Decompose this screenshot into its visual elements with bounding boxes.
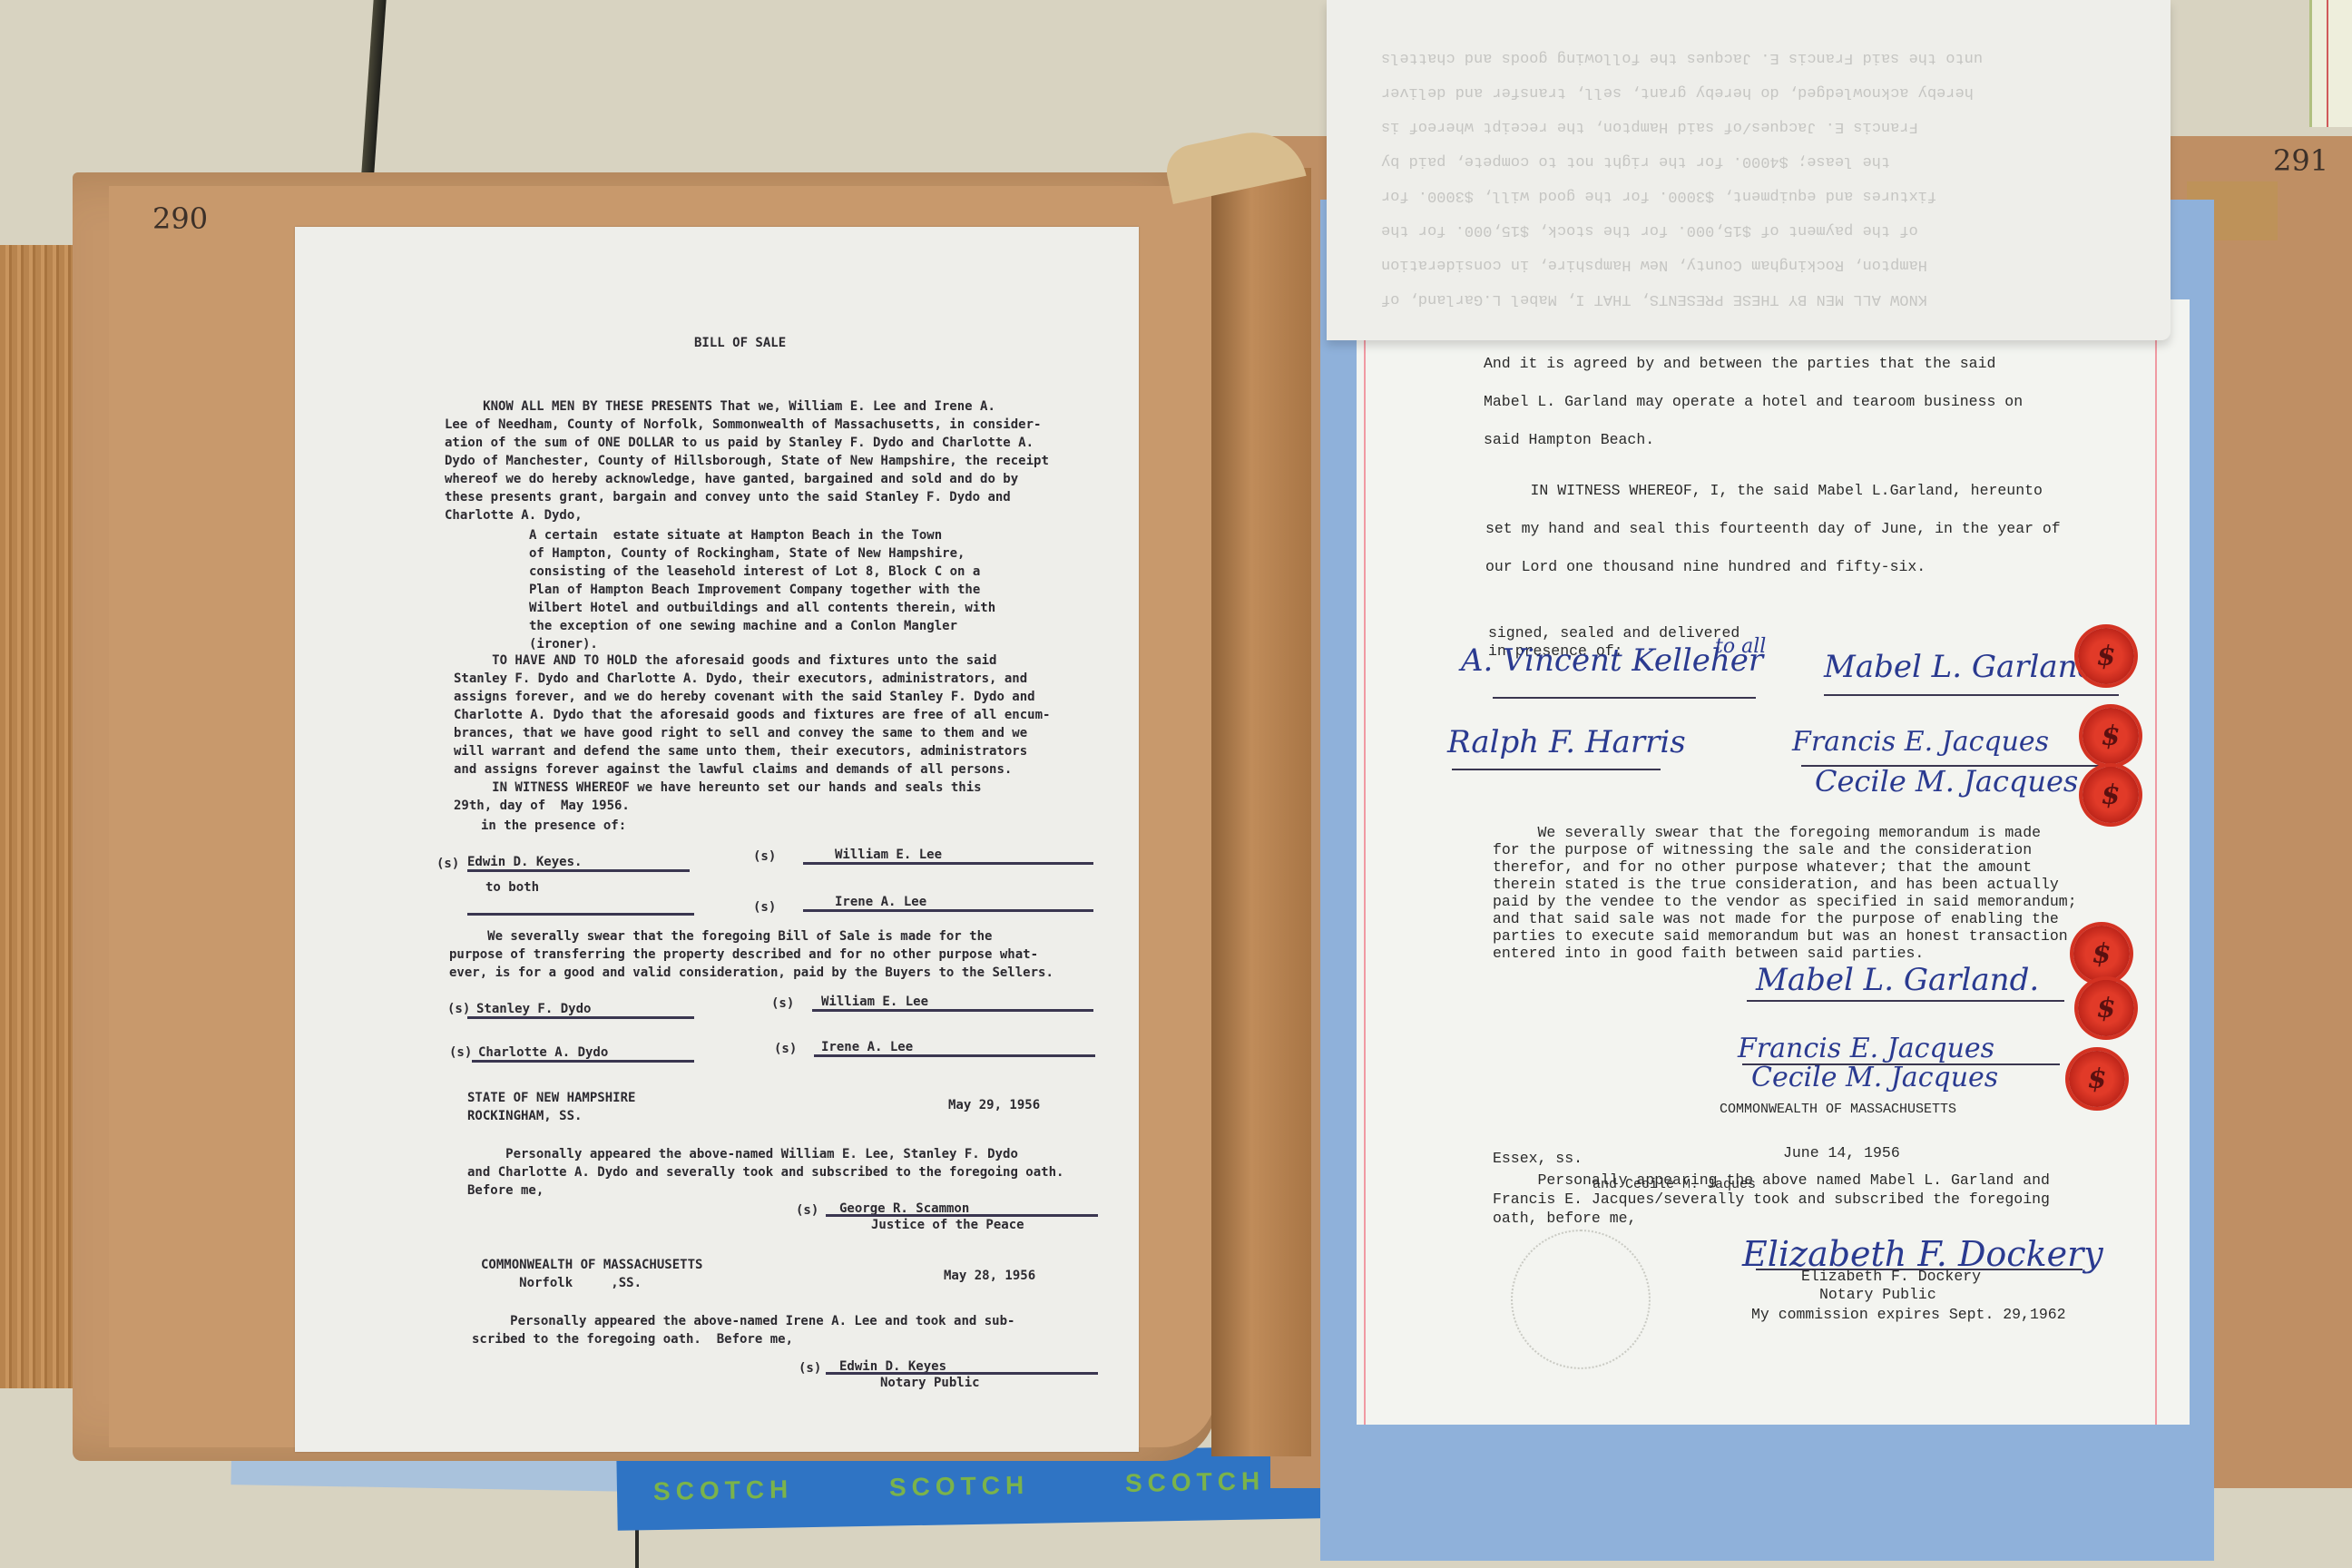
ack-date: June 14, 1956 xyxy=(1783,1143,1900,1163)
margin-line xyxy=(2155,299,2157,1425)
signature-line xyxy=(472,1060,694,1063)
paragraph-habendum: TO HAVE AND TO HOLD the aforesaid goods … xyxy=(454,652,1050,815)
s-mark: (s) xyxy=(796,1201,818,1220)
bleed-through-text: KNOW ALL MEN BY THESE PRESENTS, THAT I, … xyxy=(1381,18,2107,327)
bleed-through-line: unto the said Francis E. Jacques the fol… xyxy=(1381,49,1983,66)
bill-of-sale-document: BILL OF SALE KNOW ALL MEN BY THESE PRESE… xyxy=(295,227,1139,1452)
notary-title: Notary Public xyxy=(880,1374,980,1392)
ledger-gutter xyxy=(1211,168,1311,1456)
s-mark: (s) xyxy=(799,1359,821,1377)
signature-line xyxy=(467,869,690,872)
document-title: BILL OF SALE xyxy=(694,334,786,352)
witness-signature: Edwin D. Keyes. xyxy=(467,853,582,871)
wax-seal: $ xyxy=(2078,980,2134,1036)
justice-title: Justice of the Peace xyxy=(871,1216,1024,1234)
embossed-notary-seal xyxy=(1511,1230,1651,1369)
paragraph-conveyance: KNOW ALL MEN BY THESE PRESENTS That we, … xyxy=(445,397,1049,524)
signature-line xyxy=(814,1054,1095,1057)
venue-new-hampshire: STATE OF NEW HAMPSHIRE ROCKINGHAM, SS. xyxy=(467,1089,635,1125)
bleed-through-line: the lease; $4000. for the right not to c… xyxy=(1381,152,1890,170)
signature-line xyxy=(803,909,1093,912)
memorandum-document: And it is agreed by and between the part… xyxy=(1357,299,2190,1425)
wax-seal: $ xyxy=(2073,926,2130,982)
witness-signature: Ralph F. Harris xyxy=(1447,724,1686,760)
venue-massachusetts: COMMONWEALTH OF MASSACHUSETTS xyxy=(1720,1100,1956,1120)
wax-seal: $ xyxy=(2082,767,2139,823)
party-signature: Francis E. Jacques xyxy=(1792,726,2049,758)
right-page-number: 291 xyxy=(2273,143,2328,178)
nh-date: May 29, 1956 xyxy=(948,1096,1040,1114)
s-mark: (s) xyxy=(449,1044,472,1062)
paragraph-ma-acknowledgment: Personally appeared the above-named Iren… xyxy=(472,1312,1014,1348)
s-mark: (s) xyxy=(753,848,776,866)
signature-line xyxy=(1493,697,1756,699)
party-signature: Cecile M. Jacques xyxy=(1815,764,2078,799)
tape-brand: SCOTCH xyxy=(889,1471,1030,1503)
notary-title: Notary Public xyxy=(1819,1285,1936,1305)
witness-note: to all xyxy=(1715,635,1766,658)
paragraph-nh-acknowledgment: Personally appeared the above-named Will… xyxy=(467,1145,1063,1200)
buyer-signature: Stanley F. Dydo xyxy=(476,1000,591,1018)
seller-signature: Irene A. Lee xyxy=(835,893,926,911)
s-mark: (s) xyxy=(753,898,776,916)
table-seam xyxy=(361,0,386,172)
bleed-through-line: fixtures and equipment, $3000. for the g… xyxy=(1381,187,1936,204)
oath-signature: Francis E. Jacques xyxy=(1738,1033,1994,1064)
paragraph-agreement: And it is agreed by and between the part… xyxy=(1484,345,2023,459)
adjacent-ledger-sheet xyxy=(2309,0,2352,127)
paragraph-oath: We severally swear that the foregoing Bi… xyxy=(449,927,1053,982)
presence-label: in the presence of: xyxy=(481,817,626,835)
margin-line xyxy=(1364,299,1366,1425)
signature-line xyxy=(1452,769,1661,770)
signature-line xyxy=(467,913,694,916)
signature-line xyxy=(1747,1000,2064,1002)
signature-line xyxy=(467,1016,694,1019)
seller-signature: William E. Lee xyxy=(835,846,942,864)
paragraph-witness-whereof: IN WITNESS WHEREOF, I, the said Mabel L.… xyxy=(1485,472,2061,586)
tape-brand: SCOTCH xyxy=(1125,1466,1266,1498)
wax-seal: $ xyxy=(2082,708,2139,764)
party-signature: Mabel L. Garland. xyxy=(1824,649,2107,685)
s-mark: (s) xyxy=(447,1000,470,1018)
paragraph-oath: We severally swear that the foregoing me… xyxy=(1493,824,2077,962)
ma-date: May 28, 1956 xyxy=(944,1267,1035,1285)
commission-expiry: My commission expires Sept. 29,1962 xyxy=(1751,1305,2066,1325)
notary-name: Elizabeth F. Dockery xyxy=(1801,1267,1981,1287)
to-both-label: to both xyxy=(485,878,539,897)
bleed-through-line: KNOW ALL MEN BY THESE PRESENTS, THAT I, … xyxy=(1381,290,1927,308)
oath-signature: Mabel L. Garland. xyxy=(1756,962,2039,998)
seller-signature: Irene A. Lee xyxy=(821,1038,913,1056)
tape-brand: SCOTCH xyxy=(653,1475,794,1506)
paragraph-acknowledgment: Personally appearing the above named Mab… xyxy=(1493,1171,2050,1228)
wax-seal: $ xyxy=(2069,1051,2125,1107)
bleed-through-line: of the payment of $15,000. for the stock… xyxy=(1381,221,1918,239)
signature-line xyxy=(812,1009,1093,1012)
signature-line xyxy=(803,862,1093,865)
wax-seal: $ xyxy=(2078,628,2134,684)
bleed-through-line: Hampton, Rockingham County, New Hampshir… xyxy=(1381,256,1927,273)
seller-signature: William E. Lee xyxy=(821,993,928,1011)
signature-line xyxy=(1824,694,2119,696)
s-mark: (s) xyxy=(774,1040,797,1058)
bleed-through-line: Francis E. Jacques/of said Hampton, the … xyxy=(1381,118,1918,135)
s-mark: (s) xyxy=(771,995,794,1013)
folded-over-sheet[interactable]: KNOW ALL MEN BY THESE PRESENTS, THAT I, … xyxy=(1327,0,2171,340)
county-label: Essex, ss. xyxy=(1493,1149,1583,1169)
bleed-through-line: hereby acknowledged, do hereby grant, se… xyxy=(1381,83,1974,101)
buyer-signature: Charlotte A. Dydo xyxy=(478,1044,608,1062)
left-page-number: 290 xyxy=(152,201,208,236)
oath-signature: Cecile M. Jacques xyxy=(1751,1062,1998,1093)
paragraph-property: A certain estate situate at Hampton Beac… xyxy=(529,526,995,653)
venue-massachusetts: COMMONWEALTH OF MASSACHUSETTS Norfolk ,S… xyxy=(481,1256,702,1292)
s-mark: (s) xyxy=(436,855,459,873)
